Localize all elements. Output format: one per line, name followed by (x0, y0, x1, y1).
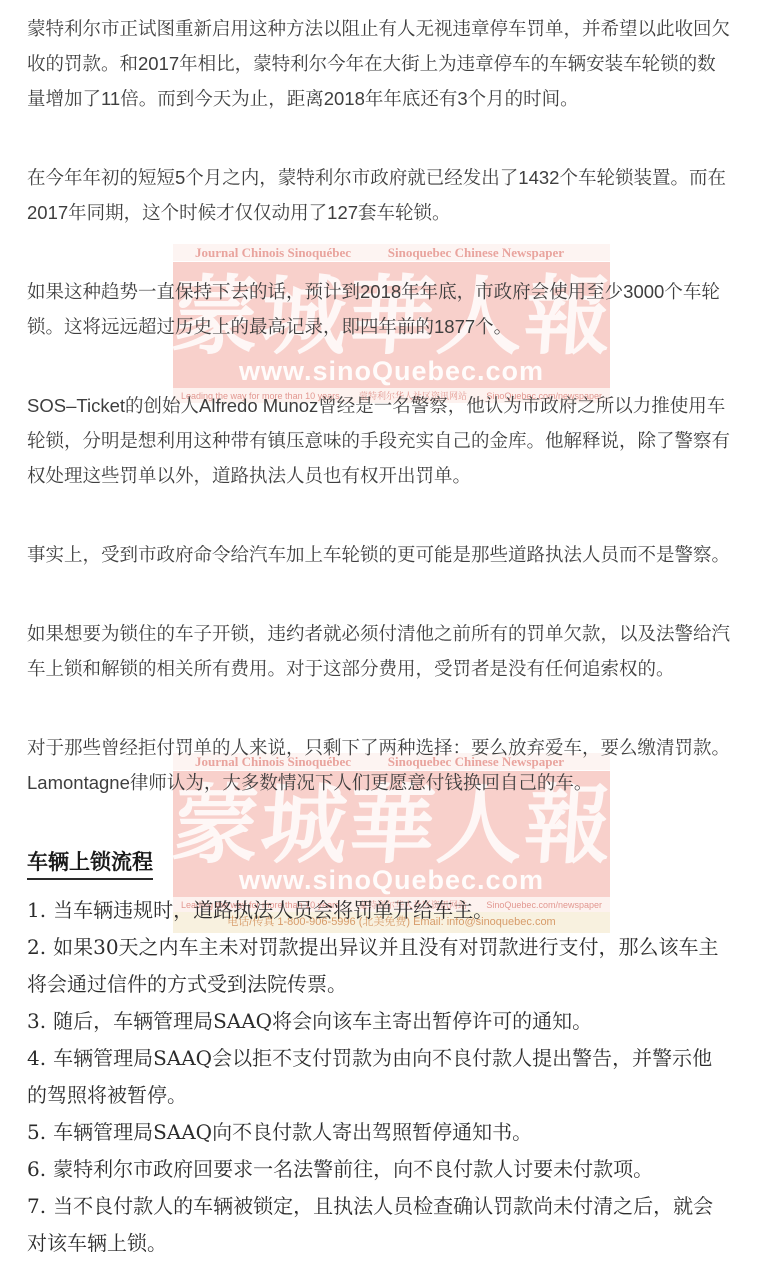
list-item-text: 当不良付款人的车辆被锁定，且执法人员检查确认罚款尚未付清之后，就会对该车辆上锁。 (27, 1194, 713, 1255)
lock-procedure-list: 1.当车辆违规时，道路执法人员会将罚单开给车主。 2.如果30天之内车主未对罚款… (27, 892, 732, 1262)
list-item: 1.当车辆违规时，道路执法人员会将罚单开给车主。 (27, 892, 732, 929)
list-item: 5.车辆管理局SAAQ向不良付款人寄出驾照暂停通知书。 (27, 1114, 732, 1151)
list-item: 4.车辆管理局SAAQ会以拒不支付罚款为由向不良付款人提出警告，并警示他的驾照将… (27, 1040, 732, 1114)
section-heading: 车辆上锁流程 (27, 844, 732, 882)
list-item-text: 当车辆违规时，道路执法人员会将罚单开给车主。 (53, 898, 493, 922)
list-item-number: 6. (27, 1157, 46, 1181)
paragraph-1: 蒙特利尔市正试图重新启用这种方法以阻止有人无视违章停车罚单，并希望以此收回欠收的… (27, 11, 732, 116)
list-item: 6.蒙特利尔市政府回要求一名法警前往，向不良付款人讨要未付款项。 (27, 1151, 732, 1188)
list-item: 7.当不良付款人的车辆被锁定，且执法人员检查确认罚款尚未付清之后，就会对该车辆上… (27, 1188, 732, 1262)
list-item: 3.随后，车辆管理局SAAQ将会向该车主寄出暂停许可的通知。 (27, 1003, 732, 1040)
paragraph-6: 如果想要为锁住的车子开锁，违约者就必须付清他之前所有的罚单欠款，以及法警给汽车上… (27, 616, 732, 686)
list-item-text: 如果30天之内车主未对罚款提出异议并且没有对罚款进行支付，那么该车主将会通过信件… (27, 935, 719, 996)
paragraph-5: 事实上，受到市政府命令给汽车加上车轮锁的更可能是那些道路执法人员而不是警察。 (27, 537, 732, 572)
list-item-text: 蒙特利尔市政府回要求一名法警前往，向不良付款人讨要未付款项。 (53, 1157, 653, 1181)
section-heading-text: 车辆上锁流程 (27, 851, 153, 880)
list-item-number: 2. (27, 935, 46, 959)
article-page: Journal Chinois Sinoquébec Sinoquebec Ch… (0, 0, 759, 1272)
list-item-number: 4. (27, 1046, 46, 1070)
paragraph-3: 如果这种趋势一直保持下去的话，预计到2018年年底，市政府会使用至少3000个车… (27, 274, 732, 344)
paragraph-4: SOS–Ticket的创始人Alfredo Munoz曾经是一名警察，他认为市政… (27, 388, 732, 493)
list-item-number: 3. (27, 1009, 46, 1033)
list-item-number: 5. (27, 1120, 46, 1144)
list-item-number: 1. (27, 898, 46, 922)
list-item-text: 车辆管理局SAAQ向不良付款人寄出驾照暂停通知书。 (53, 1120, 532, 1144)
list-item-text: 随后，车辆管理局SAAQ将会向该车主寄出暂停许可的通知。 (53, 1009, 592, 1033)
list-item: 2.如果30天之内车主未对罚款提出异议并且没有对罚款进行支付，那么该车主将会通过… (27, 929, 732, 1003)
list-item-text: 车辆管理局SAAQ会以拒不支付罚款为由向不良付款人提出警告，并警示他的驾照将被暂… (27, 1046, 712, 1107)
list-item-number: 7. (27, 1194, 46, 1218)
paragraph-7: 对于那些曾经拒付罚单的人来说，只剩下了两种选择：要么放弃爱车，要么缴清罚款。La… (27, 730, 732, 800)
paragraph-2: 在今年年初的短短5个月之内，蒙特利尔市政府就已经发出了1432个车轮锁装置。而在… (27, 160, 732, 230)
article-content: 蒙特利尔市正试图重新启用这种方法以阻止有人无视违章停车罚单，并希望以此收回欠收的… (0, 0, 759, 1262)
